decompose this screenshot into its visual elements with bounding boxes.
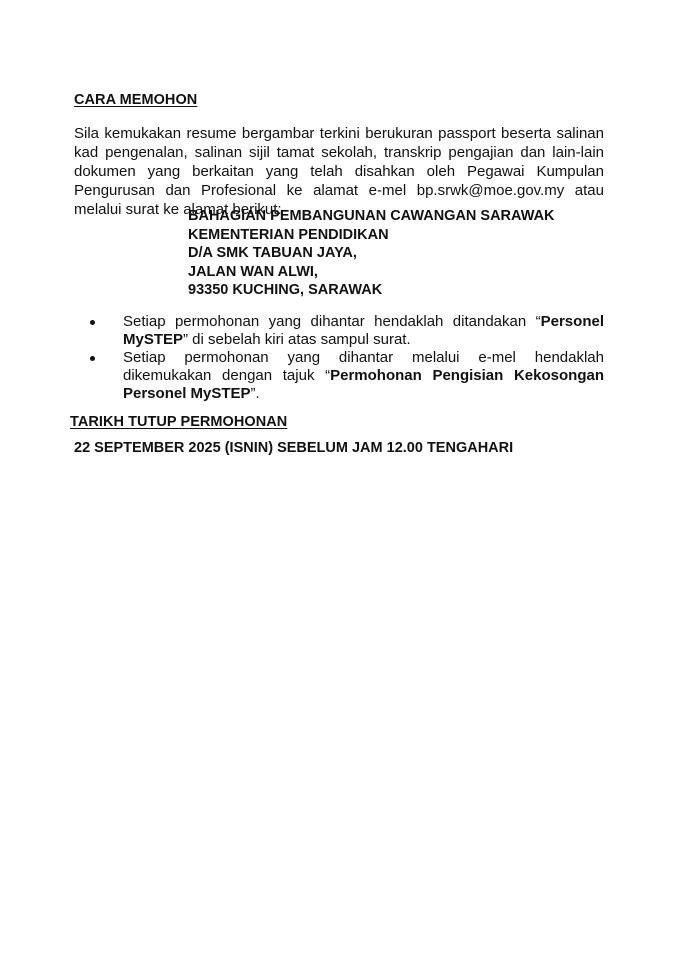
heading-closing-date: TARIKH TUTUP PERMOHONAN (70, 414, 287, 430)
list-item: Setiap permohonan yang dihantar hendakla… (88, 313, 604, 349)
application-instructions-paragraph: Sila kemukakan resume bergambar terkini … (74, 124, 604, 219)
bullet-icon (90, 320, 95, 325)
closing-date-text: 22 SEPTEMBER 2025 (ISNIN) SEBELUM JAM 12… (74, 440, 513, 456)
address-line: KEMENTERIAN PENDIDIKAN (188, 226, 555, 245)
application-notes-list: Setiap permohonan yang dihantar hendakla… (88, 313, 604, 403)
list-item: Setiap permohonan yang dihantar melalui … (88, 349, 604, 403)
address-line: BAHAGIAN PEMBANGUNAN CAWANGAN SARAWAK (188, 207, 555, 226)
mailing-address: BAHAGIAN PEMBANGUNAN CAWANGAN SARAWAK KE… (188, 207, 555, 300)
heading-cara-memohon: CARA MEMOHON (74, 92, 197, 108)
address-line: D/A SMK TABUAN JAYA, (188, 244, 555, 263)
address-line: JALAN WAN ALWI, (188, 263, 555, 282)
address-line: 93350 KUCHING, SARAWAK (188, 281, 555, 300)
note-text: ”. (251, 385, 260, 402)
document-page: CARA MEMOHON Sila kemukakan resume berga… (0, 0, 678, 960)
note-text: Setiap permohonan yang dihantar hendakla… (123, 313, 541, 330)
note-text: ” di sebelah kiri atas sampul surat. (183, 331, 411, 348)
bullet-icon (90, 356, 95, 361)
